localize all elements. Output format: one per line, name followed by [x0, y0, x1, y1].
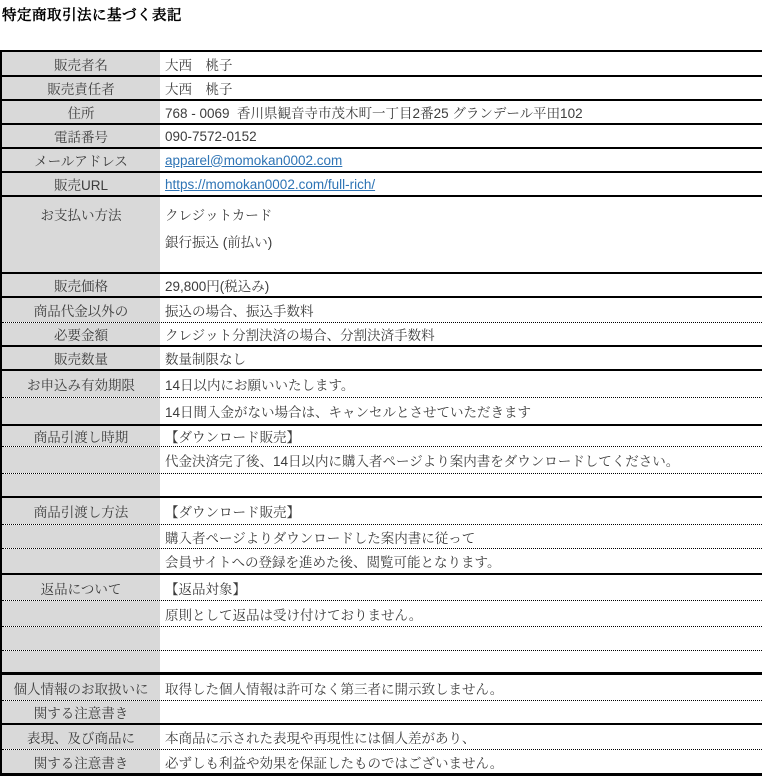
table-row: 商品引渡し時期【ダウンロード販売】	[2, 426, 762, 447]
table-row: 商品引渡し方法【ダウンロード販売】	[2, 498, 762, 525]
table-row: 会員サイトへの登録を進めた後、閲覧可能となります。	[2, 549, 762, 575]
row-label: 個人情報のお取扱いに	[2, 675, 160, 700]
row-value	[160, 651, 762, 672]
table-row: 販売数量数量制限なし	[2, 347, 762, 371]
row-value: https://momokan0002.com/full-rich/	[160, 173, 762, 195]
row-label	[2, 525, 160, 548]
row-label: 商品引渡し方法	[2, 498, 160, 524]
table-row: 関する注意書き	[2, 701, 762, 725]
row-value: 数量制限なし	[160, 347, 762, 369]
row-label: 電話番号	[2, 125, 160, 147]
row-label: 商品引渡し時期	[2, 426, 160, 446]
row-label	[2, 549, 160, 573]
row-value: 768 - 0069 香川県観音寺市茂木町一丁目2番25 グランデール平田102	[160, 101, 762, 123]
table-row: 関する注意書き必ずしも利益や効果を保証したものではございません。	[2, 750, 762, 776]
row-label: 必要金額	[2, 323, 160, 345]
row-label: 住所	[2, 101, 160, 123]
table-row: 代金決済完了後、14日以内に購入者ページより案内書をダウンロードしてください。	[2, 447, 762, 474]
table-row: お申込み有効期限14日以内にお願いいたします。	[2, 371, 762, 398]
row-label	[2, 601, 160, 626]
row-label: 関する注意書き	[2, 701, 160, 723]
table-row: メールアドレスapparel@momokan0002.com	[2, 149, 762, 173]
table-row: 購入者ページよりダウンロードした案内書に従って	[2, 525, 762, 549]
row-value: 取得した個人情報は許可なく第三者に開示致しません。	[160, 675, 762, 700]
row-label: 販売責任者	[2, 77, 160, 99]
row-label	[2, 398, 160, 424]
row-value: 原則として返品は受け付けておりません。	[160, 601, 762, 626]
row-label: 関する注意書き	[2, 750, 160, 773]
table-row	[2, 651, 762, 675]
row-label: お支払い方法	[2, 197, 160, 272]
row-label: 返品について	[2, 575, 160, 600]
table-row: 販売責任者大西 桃子	[2, 77, 762, 101]
row-label: 表現、及び商品に	[2, 725, 160, 749]
table-row: 電話番号090-7572-0152	[2, 125, 762, 149]
table-row: 販売者名大西 桃子	[2, 52, 762, 77]
row-value: クレジットカード銀行振込 (前払い)	[160, 197, 762, 272]
table-row	[2, 474, 762, 498]
row-value: 本商品に示された表現や再現性には個人差があり、	[160, 725, 762, 749]
row-value: 会員サイトへの登録を進めた後、閲覧可能となります。	[160, 549, 762, 573]
table-row: 商品代金以外の振込の場合、振込手数料	[2, 298, 762, 323]
row-label: 販売URL	[2, 173, 160, 195]
row-label	[2, 447, 160, 473]
row-value: 購入者ページよりダウンロードした案内書に従って	[160, 525, 762, 548]
table-row	[2, 627, 762, 651]
row-value: クレジット分割決済の場合、分割決済手数料	[160, 323, 762, 345]
row-value: 必ずしも利益や効果を保証したものではございません。	[160, 750, 762, 773]
row-value: 大西 桃子	[160, 52, 762, 75]
row-label: 商品代金以外の	[2, 298, 160, 322]
table-row: 住所768 - 0069 香川県観音寺市茂木町一丁目2番25 グランデール平田1…	[2, 101, 762, 125]
table-row: 表現、及び商品に本商品に示された表現や再現性には個人差があり、	[2, 725, 762, 750]
row-value	[160, 474, 762, 496]
row-label	[2, 651, 160, 672]
row-value: 090-7572-0152	[160, 125, 762, 147]
row-value-line: 銀行振込 (前払い)	[165, 229, 762, 256]
table-row: 販売URLhttps://momokan0002.com/full-rich/	[2, 173, 762, 197]
row-value	[160, 701, 762, 723]
legal-notice-table: 販売者名大西 桃子販売責任者大西 桃子住所768 - 0069 香川県観音寺市茂…	[0, 50, 762, 776]
row-value	[160, 627, 762, 650]
row-value-line: クレジットカード	[165, 202, 762, 229]
table-row: 原則として返品は受け付けておりません。	[2, 601, 762, 627]
row-value: 大西 桃子	[160, 77, 762, 99]
row-value: apparel@momokan0002.com	[160, 149, 762, 171]
row-label: 販売者名	[2, 52, 160, 75]
table-row: 返品について【返品対象】	[2, 575, 762, 601]
row-label	[2, 474, 160, 496]
row-value: 14日以内にお願いいたします。	[160, 371, 762, 397]
row-value: 29,800円(税込み)	[160, 274, 762, 296]
row-value: 振込の場合、振込手数料	[160, 298, 762, 322]
table-row: 必要金額クレジット分割決済の場合、分割決済手数料	[2, 323, 762, 347]
table-row: 14日間入金がない場合は、キャンセルとさせていただきます	[2, 398, 762, 426]
table-row: 個人情報のお取扱いに取得した個人情報は許可なく第三者に開示致しません。	[2, 675, 762, 701]
row-label: メールアドレス	[2, 149, 160, 171]
row-value: 【ダウンロード販売】	[160, 498, 762, 524]
table-row: 販売価格29,800円(税込み)	[2, 274, 762, 298]
row-value: 代金決済完了後、14日以内に購入者ページより案内書をダウンロードしてください。	[160, 447, 762, 473]
row-value: 【ダウンロード販売】	[160, 426, 762, 446]
sales-url-link[interactable]: https://momokan0002.com/full-rich/	[165, 177, 375, 192]
row-value: 14日間入金がない場合は、キャンセルとさせていただきます	[160, 398, 762, 424]
row-label	[2, 627, 160, 650]
page-title: 特定商取引法に基づく表記	[2, 4, 182, 25]
row-label: 販売価格	[2, 274, 160, 296]
email-link[interactable]: apparel@momokan0002.com	[165, 153, 342, 168]
row-value: 【返品対象】	[160, 575, 762, 600]
row-label: お申込み有効期限	[2, 371, 160, 397]
table-row: お支払い方法クレジットカード銀行振込 (前払い)	[2, 197, 762, 274]
row-label: 販売数量	[2, 347, 160, 369]
